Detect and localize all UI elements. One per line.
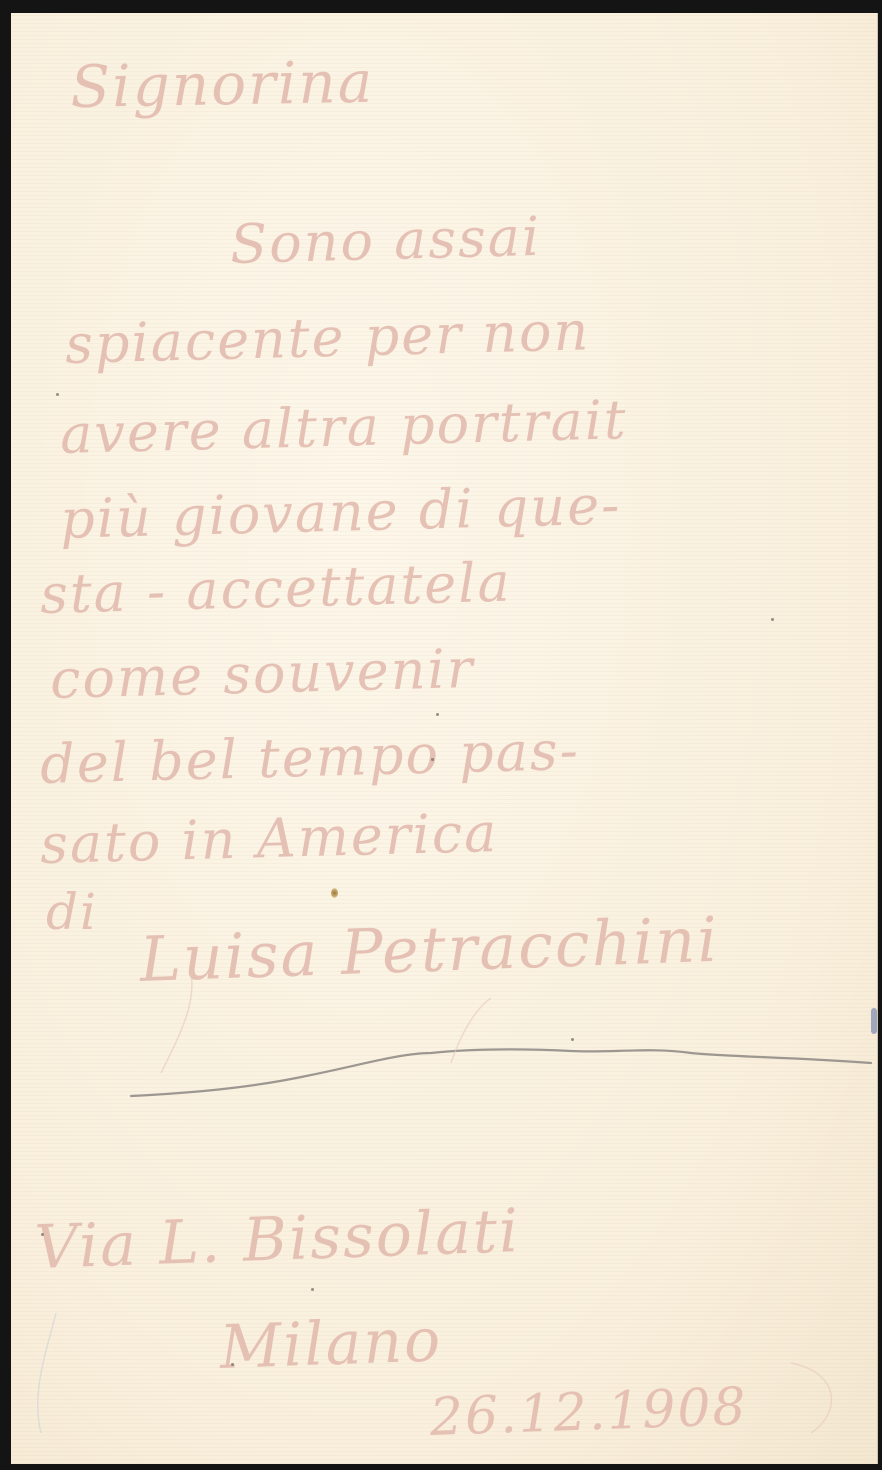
blue-ink-mark — [871, 1008, 877, 1034]
speck — [56, 393, 59, 396]
speck — [41, 1233, 44, 1236]
handwritten-card: Signorina Sono assai spiacente per non a… — [11, 13, 878, 1464]
speck — [571, 1038, 574, 1041]
scan-background: Signorina Sono assai spiacente per non a… — [0, 0, 882, 1470]
address-date: 26.12.1908 — [429, 1377, 749, 1448]
speck — [771, 618, 774, 621]
address-city: Milano — [219, 1305, 444, 1383]
speck — [311, 1288, 314, 1291]
speck — [231, 1363, 234, 1366]
speck — [431, 758, 434, 761]
foxing-stain — [331, 888, 338, 898]
speck — [436, 713, 439, 716]
